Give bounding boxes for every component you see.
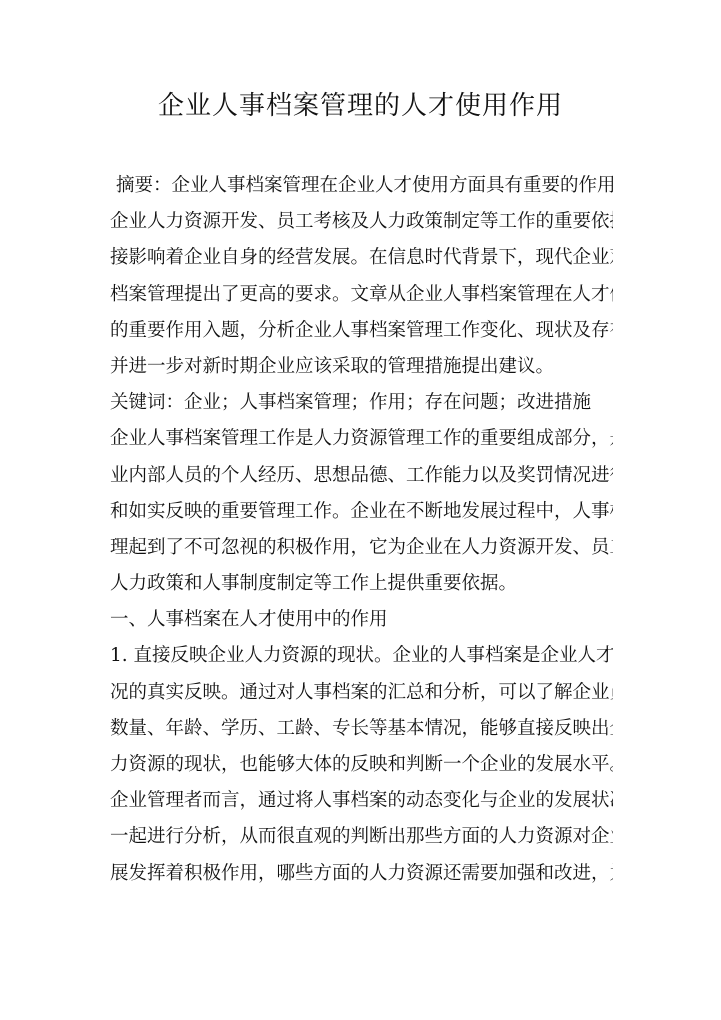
intro-line: 理起到了不可忽视的积极作用，它为企业在人力资源开发、员工考核、 [110, 530, 613, 566]
intro-paragraph: 企业人事档案管理工作是人力资源管理工作的重要组成部分，是对企 业内部人员的个人经… [110, 421, 613, 602]
document-title: 企业人事档案管理的人才使用作用 [0, 86, 721, 126]
section-heading: 一、人事档案在人才使用中的作用 [110, 602, 613, 638]
section1-line: 企业管理者而言，通过将人事档案的动态变化与企业的发展状况结合 [110, 783, 613, 819]
abstract-paragraph: 摘要：企业人事档案管理在企业人才使用方面具有重要的作用，是 企业人力资源开发、员… [110, 168, 613, 385]
section1-paragraph: 1. 直接反映企业人力资源的现状。企业的人事档案是企业人才基本情 况的真实反映。… [110, 638, 613, 891]
keywords: 关键词：企业；人事档案管理；作用；存在问题；改进措施 [110, 385, 613, 421]
section1-line: 数量、年龄、学历、工龄、专长等基本情况，能够直接反映出企业人 [110, 711, 613, 747]
section1-line: 1. 直接反映企业人力资源的现状。企业的人事档案是企业人才基本情 [110, 638, 613, 674]
intro-line: 业内部人员的个人经历、思想品德、工作能力以及奖罚情况进行记录 [110, 458, 613, 494]
abstract-line: 摘要：企业人事档案管理在企业人才使用方面具有重要的作用，是 [110, 168, 613, 204]
intro-line: 人力政策和人事制度制定等工作上提供重要依据。 [110, 566, 613, 602]
section1-line: 展发挥着积极作用，哪些方面的人力资源还需要加强和改进，为人力 [110, 856, 613, 892]
abstract-line: 并进一步对新时期企业应该采取的管理措施提出建议。 [110, 349, 613, 385]
abstract-line: 接影响着企业自身的经营发展。在信息时代背景下，现代企业对人事 [110, 240, 613, 276]
document-body: 摘要：企业人事档案管理在企业人才使用方面具有重要的作用，是 企业人力资源开发、员… [110, 168, 613, 892]
intro-line: 和如实反映的重要管理工作。企业在不断地发展过程中，人事档案管 [110, 494, 613, 530]
section1-line: 一起进行分析，从而很直观的判断出那些方面的人力资源对企业的发 [110, 819, 613, 855]
abstract-line: 档案管理提出了更高的要求。文章从企业人事档案管理在人才使用中 [110, 277, 613, 313]
section1-line: 况的真实反映。通过对人事档案的汇总和分析，可以了解企业员工的 [110, 675, 613, 711]
abstract-line: 企业人力资源开发、员工考核及人力政策制定等工作的重要依据，直 [110, 204, 613, 240]
section1-line: 力资源的现状，也能够大体的反映和判断一个企业的发展水平。对于 [110, 747, 613, 783]
intro-line: 企业人事档案管理工作是人力资源管理工作的重要组成部分，是对企 [110, 421, 613, 457]
abstract-line: 的重要作用入题，分析企业人事档案管理工作变化、现状及存在问题， [110, 313, 613, 349]
